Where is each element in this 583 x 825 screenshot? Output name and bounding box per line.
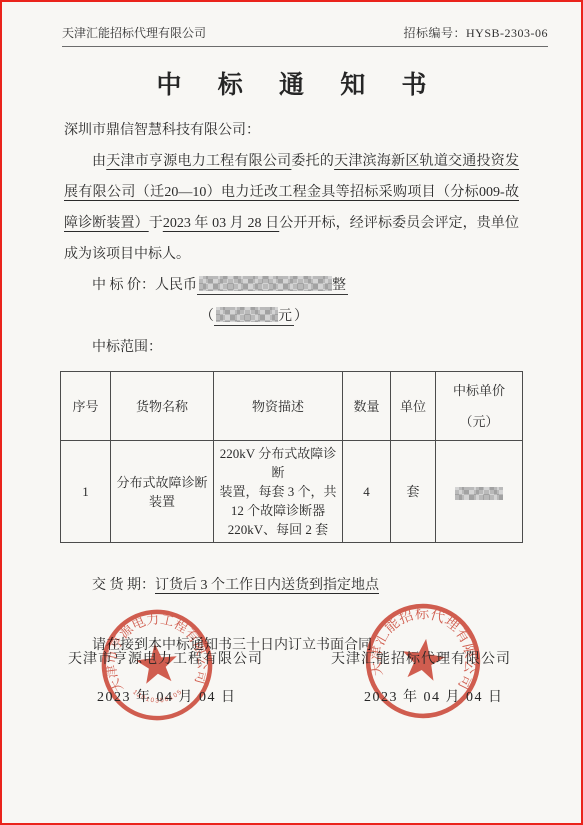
para-mid1: 委托的	[291, 154, 334, 169]
col-qty: 数量	[343, 372, 391, 441]
bid-number: 招标编号：HYSB-2303-06	[403, 24, 548, 41]
cell-serial: 1	[61, 441, 111, 543]
cell-unit-price	[436, 441, 523, 543]
signer-company-left: 天津市亨源电力工程有限公司	[68, 648, 263, 668]
col-serial: 序号	[61, 372, 111, 441]
table-header-row: 序号 货物名称 物资描述 数量 单位 中标单价（元）	[61, 372, 523, 441]
document-body: 深圳市鼎信智慧科技有限公司： 由天津市亨源电力工程有限公司委托的天津滨海新区轨道…	[64, 115, 519, 661]
cell-qty: 4	[343, 441, 391, 543]
cell-desc: 220kV 分布式故障诊断 装置，每套 3 个，共 12 个故障诊断器 220k…	[214, 441, 343, 543]
redacted-price-words-mosaic	[199, 276, 332, 291]
col-desc: 物资描述	[214, 372, 343, 441]
scope-table: 序号 货物名称 物资描述 数量 单位 中标单价（元） 1 分布式故障诊断装置 2…	[60, 371, 523, 543]
price-label: 中 标 价：人民币	[92, 278, 197, 293]
award-notice-document: 天津汇能招标代理有限公司 招标编号：HYSB-2303-06 中 标 通 知 书…	[0, 0, 583, 825]
col-goods: 货物名称	[111, 372, 214, 441]
para-pre: 由	[92, 154, 106, 169]
scope-label: 中标范围：	[92, 332, 519, 363]
paren-open: （	[200, 309, 214, 324]
cell-unit: 套	[391, 441, 436, 543]
signature-area: 天津市亨源电力工程有限公司 12010300105 天津汇能招标代理有限公司 天…	[2, 590, 581, 800]
redacted-price-digits-mosaic	[216, 307, 278, 322]
paren-close: ）	[294, 309, 308, 324]
table-row: 1 分布式故障诊断装置 220kV 分布式故障诊断 装置，每套 3 个，共 12…	[61, 441, 523, 543]
page-title: 中 标 通 知 书	[2, 65, 581, 101]
signature-date-right: 2023 年 04 月 04 日	[364, 686, 504, 706]
redacted-unit-price-mosaic	[455, 487, 503, 500]
signature-date-left: 2023 年 04 月 04 日	[97, 686, 237, 706]
para-mid2: 于	[149, 216, 163, 231]
col-unit: 单位	[391, 372, 436, 441]
award-price-numeric-line: （元）	[200, 301, 519, 332]
main-paragraph: 由天津市亨源电力工程有限公司委托的天津滨海新区轨道交通投资发展有限公司（迁20—…	[64, 146, 519, 270]
price-suffix: 整	[332, 278, 346, 293]
bid-opening-date: 2023 年 03 月 28 日	[163, 216, 279, 231]
signer-company-right: 天津汇能招标代理有限公司	[331, 648, 511, 668]
addressee-line: 深圳市鼎信智慧科技有限公司：	[64, 115, 519, 146]
award-price-line: 中 标 价：人民币整	[92, 270, 519, 301]
entrusting-company: 天津市亨源电力工程有限公司	[106, 154, 291, 169]
agency-name: 天津汇能招标代理有限公司	[62, 24, 206, 41]
cell-goods: 分布式故障诊断装置	[111, 441, 214, 543]
col-unit-price: 中标单价（元）	[436, 372, 523, 441]
currency-unit: 元	[278, 309, 292, 324]
document-header: 天津汇能招标代理有限公司 招标编号：HYSB-2303-06	[62, 24, 548, 47]
